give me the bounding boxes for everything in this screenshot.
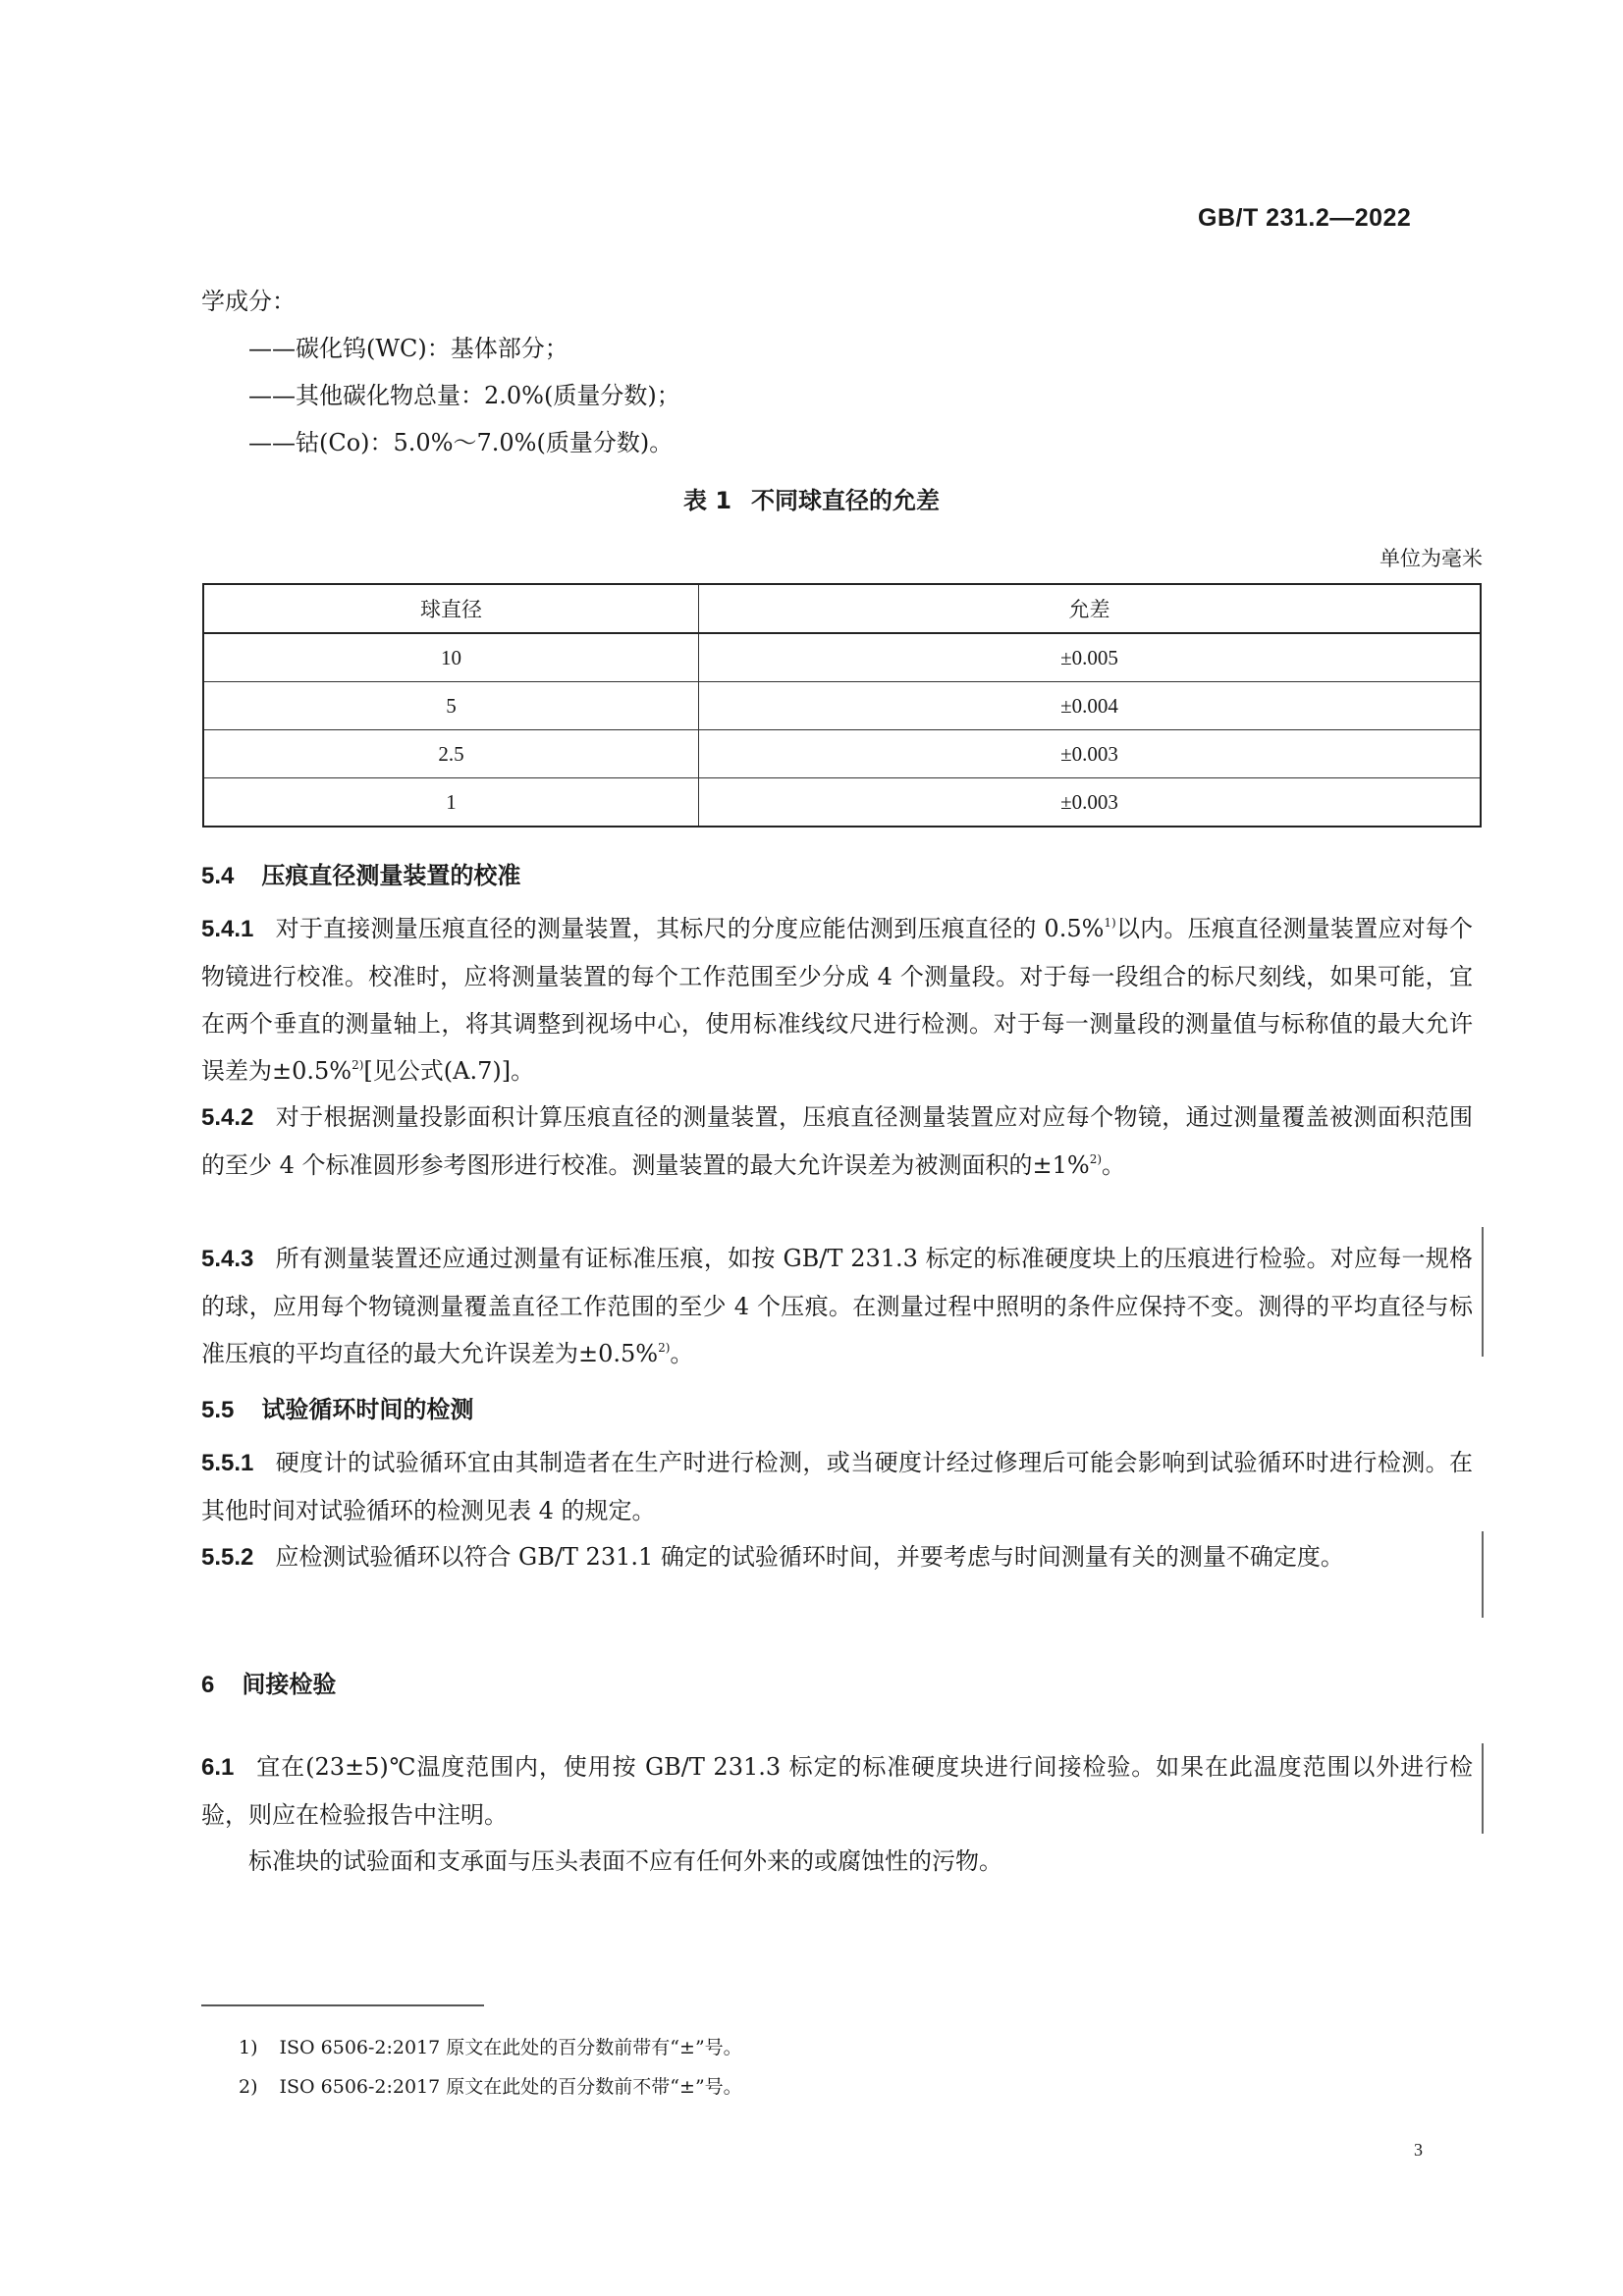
table-header-row: 球直径 允差 xyxy=(203,584,1481,633)
section-heading-6: 6间接检验 xyxy=(201,1665,336,1699)
clause-number: 6.1 xyxy=(201,1754,234,1781)
footnote-1: 1)ISO 6506-2:2017 原文在此处的百分数前带有“±”号。 xyxy=(239,2033,742,2059)
clause-number: 5.4.1 xyxy=(201,916,253,942)
footnote-separator xyxy=(201,2004,484,2006)
table-row: 10 ±0.005 xyxy=(203,633,1481,682)
composition-item-cobalt: ——钴(Co)：5.0%～7.0%(质量分数)。 xyxy=(248,419,673,466)
paragraph-5-4-1: 5.4.1对于直接测量压痕直径的测量装置，其标尺的分度应能估测到压痕直径的 0.… xyxy=(201,905,1473,1095)
section-number: 5.4 xyxy=(201,863,234,889)
clause-number: 5.5.1 xyxy=(201,1450,253,1476)
composition-item-other-carbides: ——其他碳化物总量：2.0%(质量分数)； xyxy=(248,372,680,419)
clause-text: 所有测量装置还应通过测量有证标准压痕，如按 GB/T 231.3 标定的标准硬度… xyxy=(201,1245,1473,1367)
column-header-ball-diameter: 球直径 xyxy=(203,584,699,633)
cell-ball-diameter: 1 xyxy=(203,778,699,828)
clause-number: 5.5.2 xyxy=(201,1544,253,1571)
clause-text: 。 xyxy=(670,1340,693,1367)
footnote-mark: 1) xyxy=(239,2037,258,2058)
standard-code-header: GB/T 231.2—2022 xyxy=(1198,204,1411,233)
section-number: 5.5 xyxy=(201,1397,234,1423)
table-row: 1 ±0.003 xyxy=(203,778,1481,828)
cell-tolerance: ±0.003 xyxy=(699,730,1482,778)
section-heading-5-4: 5.4压痕直径测量装置的校准 xyxy=(201,856,520,890)
cell-ball-diameter: 5 xyxy=(203,682,699,730)
cell-tolerance: ±0.005 xyxy=(699,633,1482,682)
revision-bar xyxy=(1482,1227,1484,1357)
table-number: 表 1 xyxy=(683,487,731,514)
paragraph-5-4-2: 5.4.2对于根据测量投影面积计算压痕直径的测量装置，压痕直径测量装置应对应每个… xyxy=(201,1094,1473,1189)
paragraph-5-5-2: 5.5.2应检测试验循环以符合 GB/T 231.1 确定的试验循环时间，并要考… xyxy=(201,1533,1473,1581)
footnote-2: 2)ISO 6506-2:2017 原文在此处的百分数前不带“±”号。 xyxy=(239,2072,742,2099)
clause-number: 5.4.2 xyxy=(201,1104,253,1131)
section-title: 间接检验 xyxy=(242,1671,336,1698)
table-unit-note: 单位为毫米 xyxy=(1335,543,1483,572)
footnote-ref: 2) xyxy=(658,1341,670,1355)
paragraph-5-5-1: 5.5.1硬度计的试验循环宜由其制造者在生产时进行检测，或当硬度计经过修理后可能… xyxy=(201,1439,1473,1534)
clause-number: 5.4.3 xyxy=(201,1246,253,1272)
footnote-ref: 1) xyxy=(1104,916,1115,930)
composition-lead: 学成分： xyxy=(201,278,296,325)
revision-bar xyxy=(1482,1743,1484,1834)
cell-tolerance: ±0.003 xyxy=(699,778,1482,828)
footnote-mark: 2) xyxy=(239,2076,258,2098)
column-header-tolerance: 允差 xyxy=(699,584,1482,633)
cell-ball-diameter: 2.5 xyxy=(203,730,699,778)
footnote-text: ISO 6506-2:2017 原文在此处的百分数前带有“±”号。 xyxy=(280,2037,742,2058)
footnote-text: ISO 6506-2:2017 原文在此处的百分数前不带“±”号。 xyxy=(280,2076,742,2098)
paragraph-6-1-continued: 标准块的试验面和支承面与压头表面不应有任何外来的或腐蚀性的污物。 xyxy=(248,1838,1002,1885)
composition-item-wc: ——碳化钨(WC)：基体部分； xyxy=(248,325,568,372)
clause-text: 宜在(23±5)℃温度范围内，使用按 GB/T 231.3 标定的标准硬度块进行… xyxy=(201,1753,1473,1829)
clause-text: 硬度计的试验循环宜由其制造者在生产时进行检测，或当硬度计经过修理后可能会影响到试… xyxy=(201,1449,1473,1524)
cell-ball-diameter: 10 xyxy=(203,633,699,682)
section-title: 压痕直径测量装置的校准 xyxy=(261,862,520,889)
table-row: 2.5 ±0.003 xyxy=(203,730,1481,778)
revision-bar xyxy=(1482,1531,1484,1618)
table-title: 不同球直径的允差 xyxy=(751,487,940,514)
tolerance-table: 球直径 允差 10 ±0.005 5 ±0.004 2.5 ±0.003 1 ±… xyxy=(202,583,1482,828)
section-title: 试验循环时间的检测 xyxy=(261,1396,473,1423)
footnote-ref: 2) xyxy=(352,1058,363,1072)
paragraph-5-4-3: 5.4.3所有测量装置还应通过测量有证标准压痕，如按 GB/T 231.3 标定… xyxy=(201,1235,1473,1377)
section-heading-5-5: 5.5试验循环时间的检测 xyxy=(201,1390,473,1424)
clause-text: 对于根据测量投影面积计算压痕直径的测量装置，压痕直径测量装置应对应每个物镜，通过… xyxy=(201,1103,1473,1179)
page-number: 3 xyxy=(1414,2140,1423,2161)
clause-text: 对于直接测量压痕直径的测量装置，其标尺的分度应能估测到压痕直径的 0.5% xyxy=(275,915,1104,942)
table-caption: 表 1不同球直径的允差 xyxy=(0,481,1623,515)
section-number: 6 xyxy=(201,1672,214,1698)
clause-text: 。 xyxy=(1102,1151,1125,1179)
footnote-ref: 2) xyxy=(1090,1152,1102,1166)
table-row: 5 ±0.004 xyxy=(203,682,1481,730)
paragraph-6-1: 6.1宜在(23±5)℃温度范围内，使用按 GB/T 231.3 标定的标准硬度… xyxy=(201,1743,1473,1839)
cell-tolerance: ±0.004 xyxy=(699,682,1482,730)
clause-text: 应检测试验循环以符合 GB/T 231.1 确定的试验循环时间，并要考虑与时间测… xyxy=(275,1543,1344,1571)
clause-text: [见公式(A.7)]。 xyxy=(363,1057,534,1085)
